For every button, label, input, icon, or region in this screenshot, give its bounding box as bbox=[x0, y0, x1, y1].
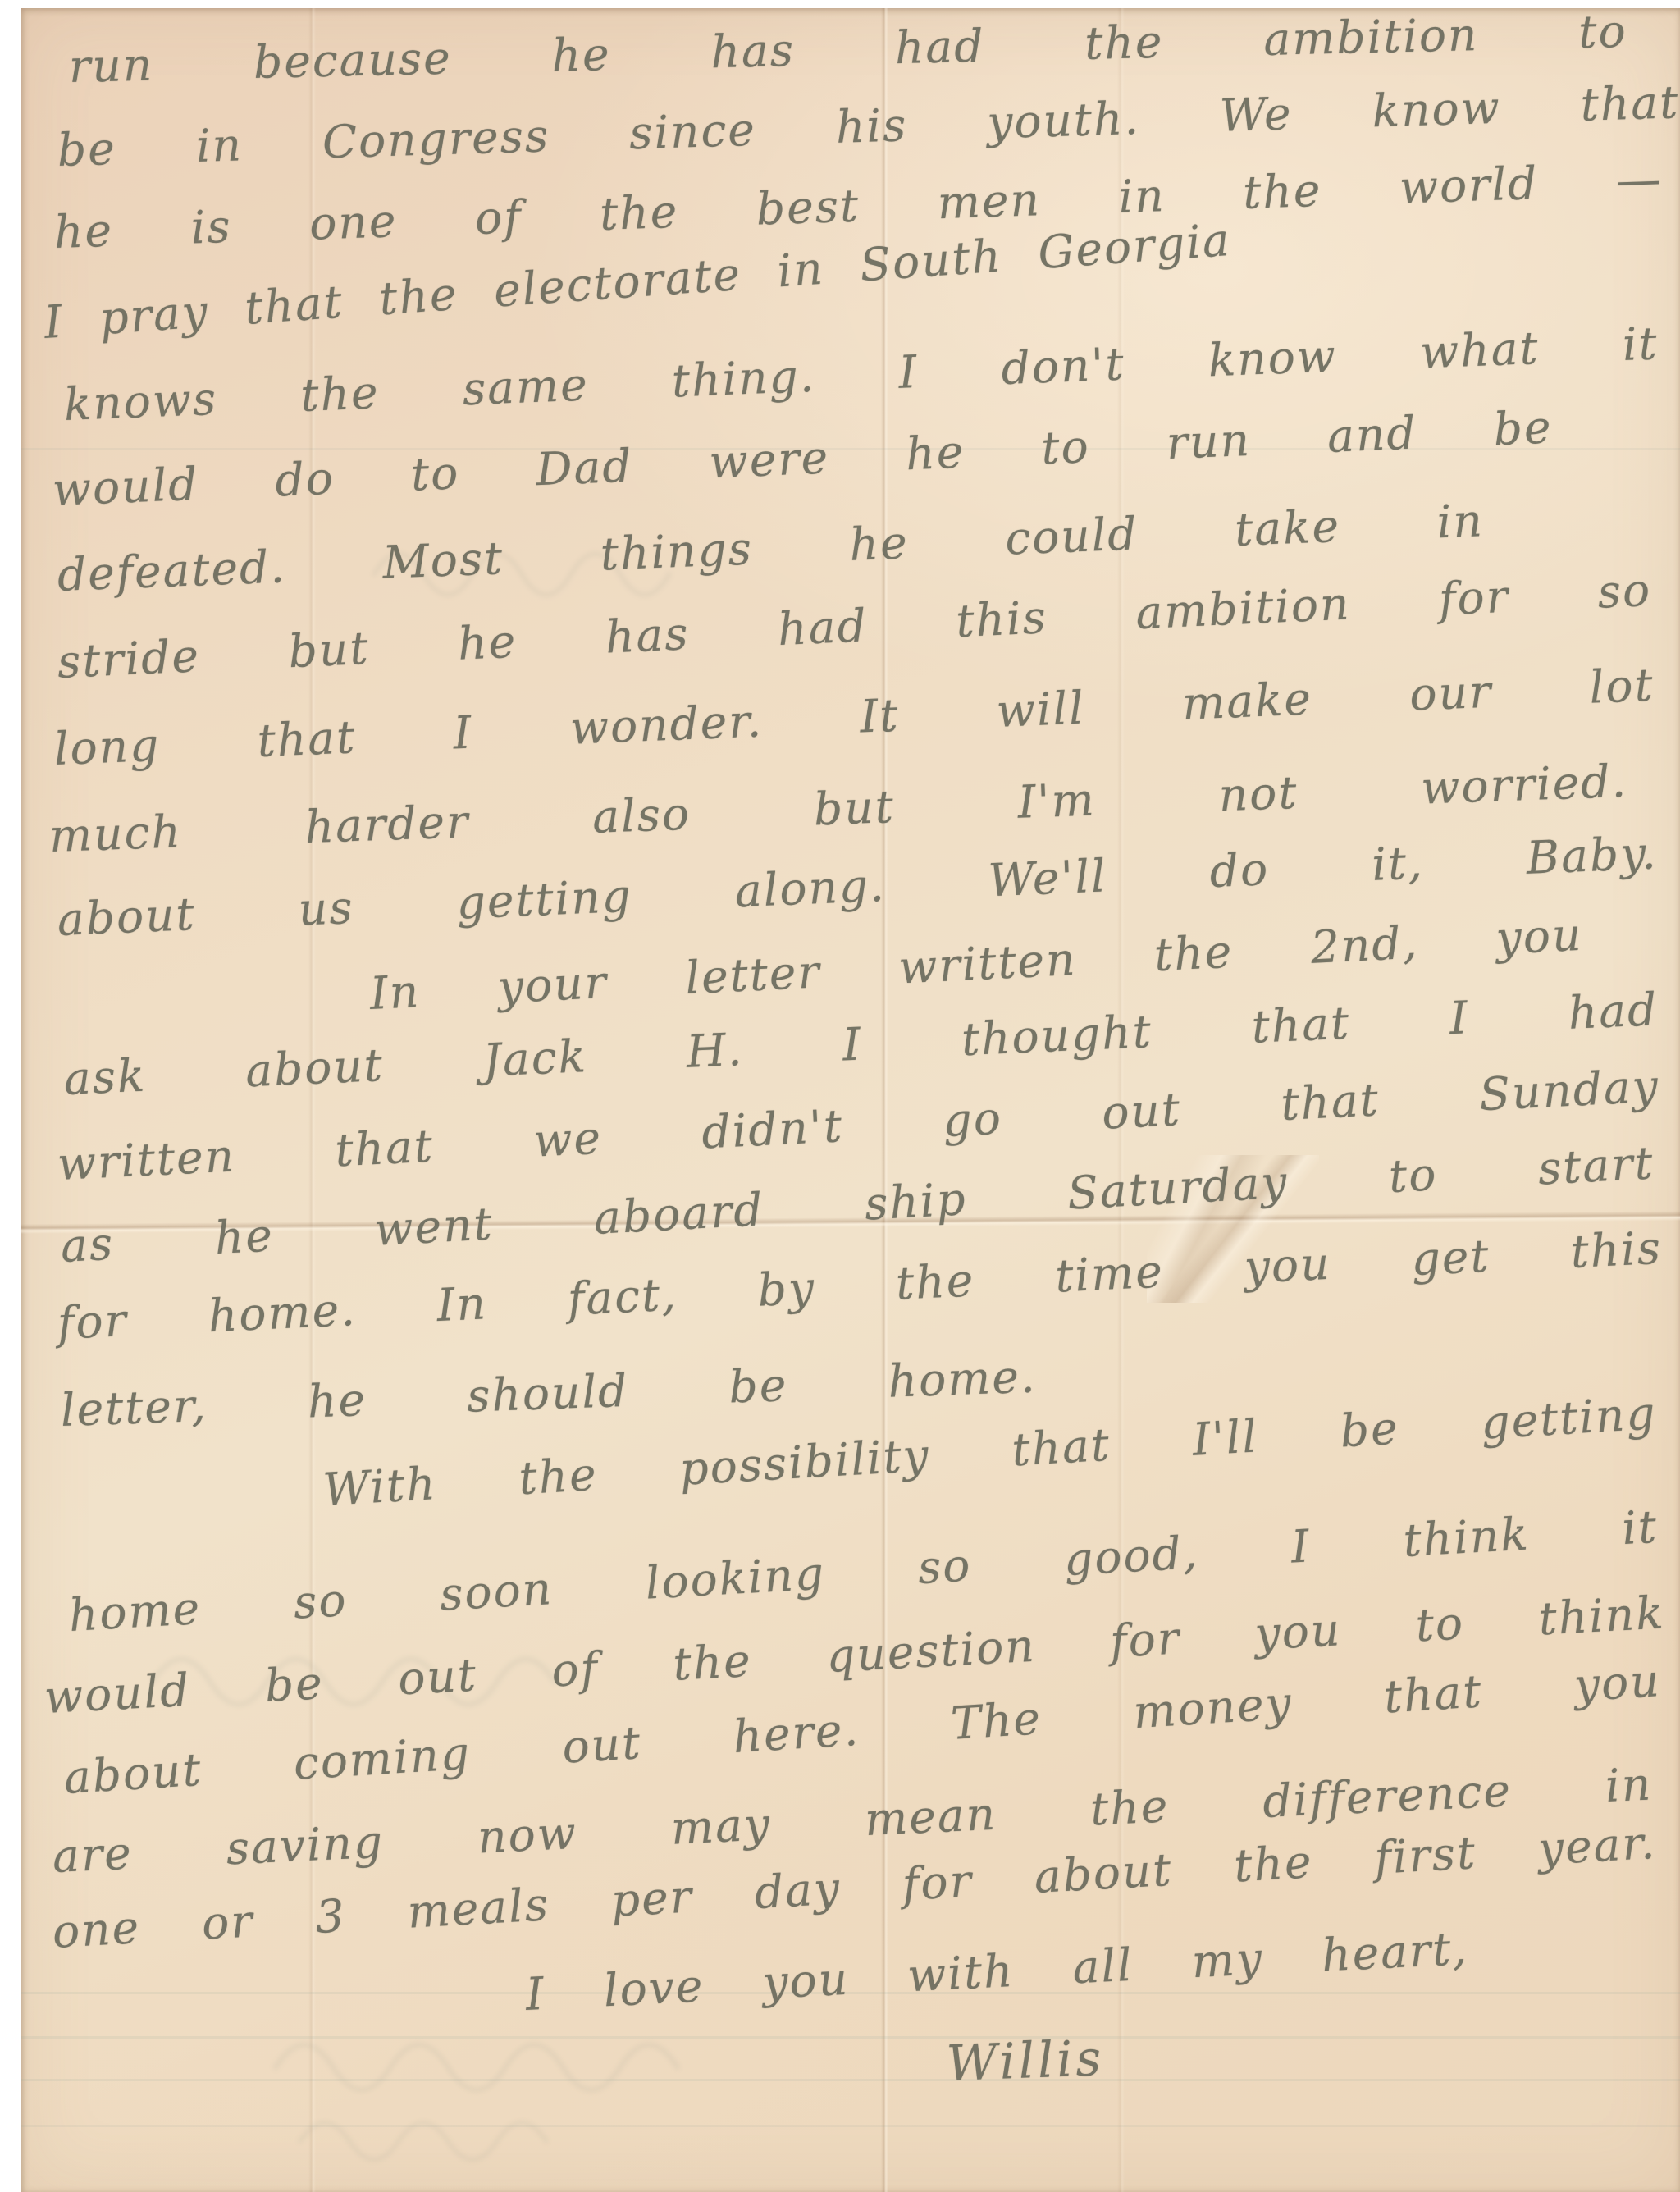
signature: Willis bbox=[946, 2025, 1243, 2093]
bleed-through-writing bbox=[267, 2010, 842, 2190]
letter-line: letter, he should be home. bbox=[60, 1350, 1037, 1436]
letter-line: run because he has had the ambition to bbox=[68, 6, 1627, 93]
closing-line: I love you with all my heart, bbox=[524, 1923, 1469, 2021]
scanned-letter-page: { "document": { "kind": "handwritten let… bbox=[0, 0, 1680, 2192]
letter-paper: run because he has had the ambition to b… bbox=[21, 8, 1680, 2192]
